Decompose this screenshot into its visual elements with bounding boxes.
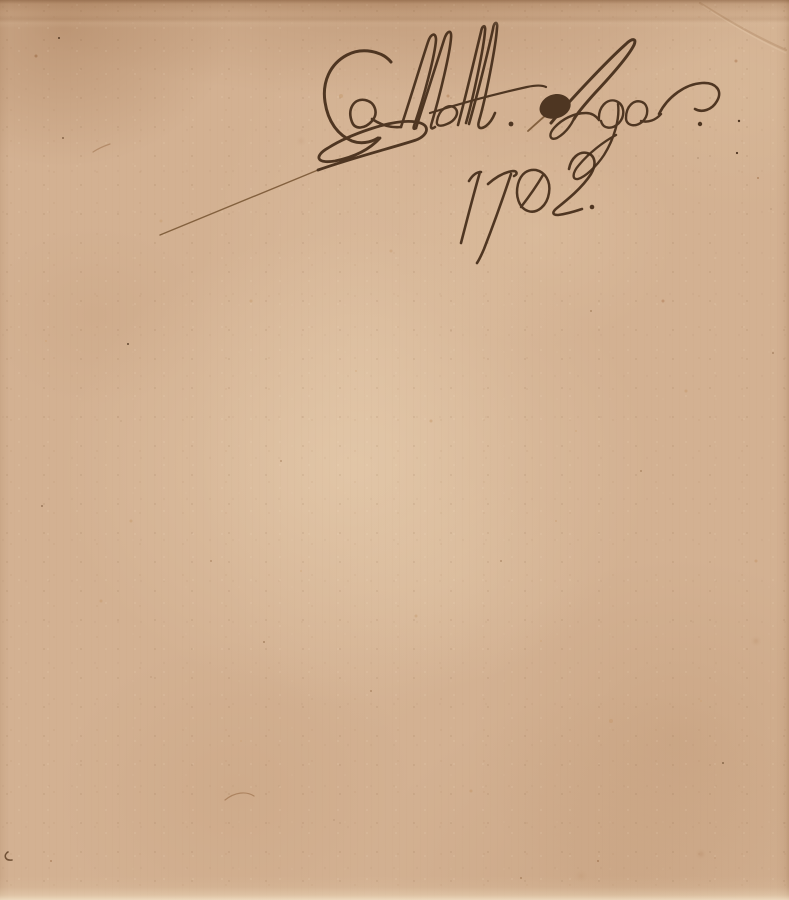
inscription-signature-line: Collett. Rye. — [160, 23, 740, 235]
signature-letter — [626, 101, 661, 125]
signature-letter — [599, 100, 623, 127]
signature-letter — [324, 51, 391, 143]
signature-letter — [416, 32, 451, 129]
signature-lead-in-flourish — [160, 170, 318, 235]
digit-8 — [517, 170, 549, 212]
handwritten-inscription: Collett. Rye. — [0, 0, 789, 900]
ink-spatter-dot — [736, 152, 738, 154]
ink-blot — [540, 94, 571, 119]
period-mark — [698, 122, 702, 126]
period-mark — [590, 205, 595, 210]
digit-1 — [461, 172, 481, 243]
signature-t-crossbar — [430, 86, 546, 114]
signature-ink-marks — [509, 94, 741, 154]
period-mark — [509, 122, 514, 127]
ink-spatter-dot — [738, 120, 740, 122]
signature-end-flourish — [659, 83, 719, 114]
digit-2 — [553, 153, 594, 215]
date-ink-marks — [590, 205, 595, 210]
paper-scratches — [5, 3, 786, 860]
digit-7 — [477, 171, 517, 263]
flyleaf-photo: Collett. Rye. — [0, 0, 789, 900]
